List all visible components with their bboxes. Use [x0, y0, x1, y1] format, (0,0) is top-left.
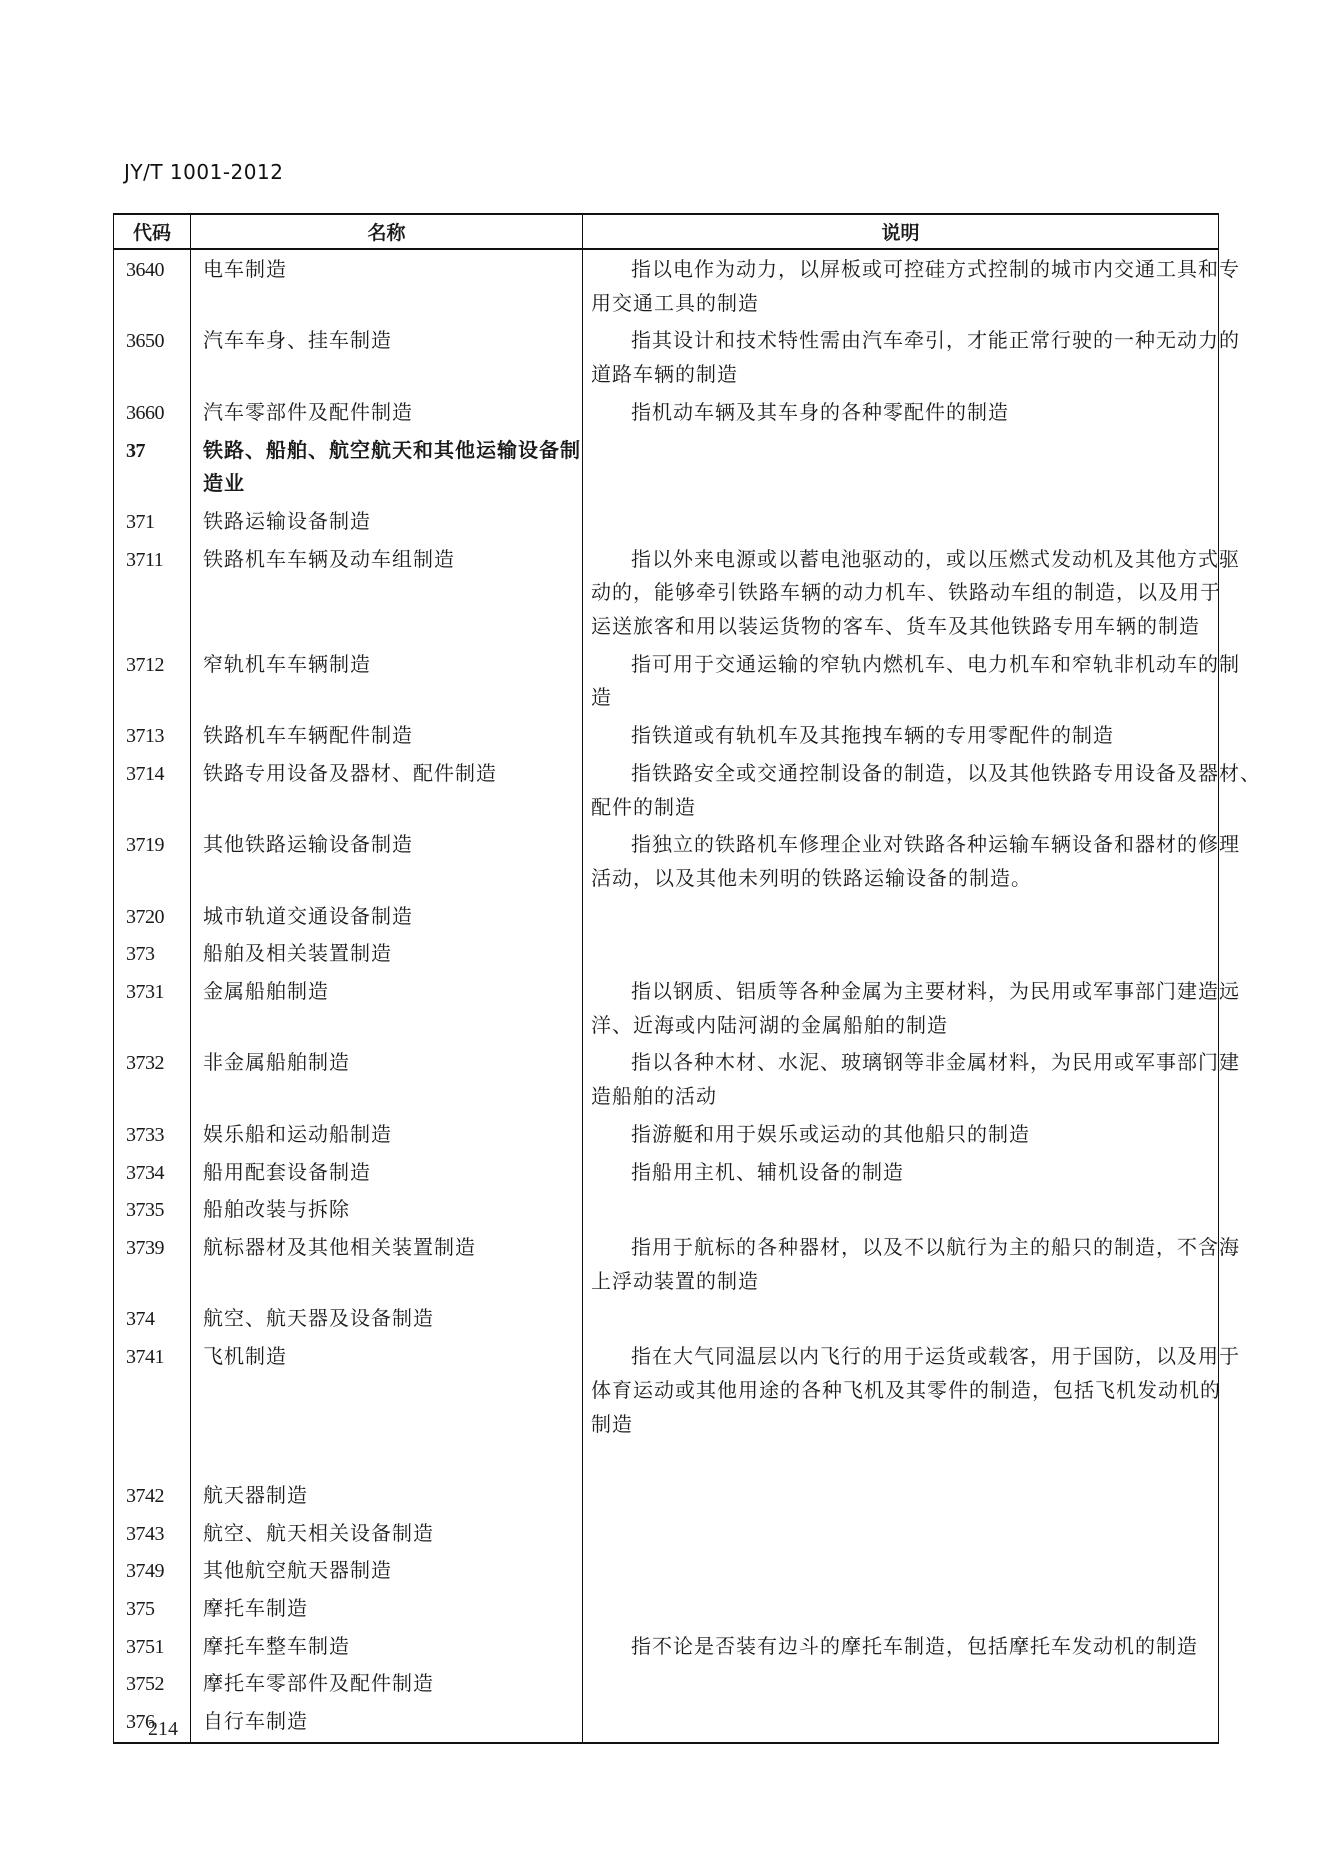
cell-name: 其他航空航天器制造: [191, 1551, 583, 1589]
cell-description: 指机动车辆及其车身的各种零配件的制造: [583, 393, 1219, 431]
spacer: [126, 611, 190, 645]
cell-description: [583, 1190, 1219, 1228]
description-text-line: 造船舶的活动: [591, 1081, 1212, 1115]
name-text-line: 造业: [203, 468, 582, 502]
cell-description: 指不论是否装有边斗的摩托车制造，包括摩托车发动机的制造: [583, 1627, 1219, 1665]
name-text-line: 铁路机车车辆配件制造: [203, 720, 582, 754]
description-text-line: [591, 1442, 1212, 1476]
spacer: [126, 1409, 190, 1443]
name-text-line: 摩托车整车制造: [203, 1631, 582, 1665]
cell-description: 指铁路安全或交通控制设备的制造，以及其他铁路专用设备及器材、配件的制造: [583, 754, 1219, 825]
code-text: 3713: [126, 720, 190, 754]
description-text-line: 运送旅客和用以装运货物的客车、货车及其他铁路专用车辆的制造: [591, 611, 1212, 645]
cell-name: 城市轨道交通设备制造: [191, 897, 583, 935]
description-text-line: 洋、近海或内陆河湖的金属船舶的制造: [591, 1010, 1212, 1044]
code-text: 3742: [126, 1480, 190, 1514]
cell-code: 371: [114, 502, 191, 540]
table-row: 375摩托车制造: [114, 1589, 1219, 1627]
code-text: 3720: [126, 901, 190, 935]
code-text: 3731: [126, 976, 190, 1010]
code-text: 3714: [126, 758, 190, 792]
table-row: 374航空、航天器及设备制造: [114, 1299, 1219, 1337]
cell-name: 铁路运输设备制造: [191, 502, 583, 540]
description-text-line: 指铁路安全或交通控制设备的制造，以及其他铁路专用设备及器材、: [591, 758, 1212, 792]
spacer: [126, 577, 190, 611]
code-text: 3743: [126, 1518, 190, 1552]
name-text-line: 金属船舶制造: [203, 976, 582, 1010]
cell-name: 铁路、船舶、航空航天和其他运输设备制造业: [191, 431, 583, 502]
cell-name: 铁路机车车辆配件制造: [191, 716, 583, 754]
description-text-line: 配件的制造: [591, 792, 1212, 826]
cell-name: 电车制造: [191, 249, 583, 321]
code-text: 3719: [126, 829, 190, 863]
table-row: 376自行车制造: [114, 1702, 1219, 1743]
cell-name: 航标器材及其他相关装置制造: [191, 1228, 583, 1299]
code-text: 3712: [126, 649, 190, 683]
description-text-line: 指以电作为动力，以屏板或可控硅方式控制的城市内交通工具和专: [591, 254, 1212, 288]
cell-code: 3714: [114, 754, 191, 825]
cell-description: [583, 431, 1219, 502]
cell-description: 指游艇和用于娱乐或运动的其他船只的制造: [583, 1115, 1219, 1153]
cell-name: 汽车车身、挂车制造: [191, 321, 583, 392]
spacer: [126, 1442, 190, 1476]
name-text-line: 电车制造: [203, 254, 582, 288]
code-text: 3749: [126, 1555, 190, 1589]
cell-description: [583, 502, 1219, 540]
table-row: 37 铁路、船舶、航空航天和其他运输设备制造业: [114, 431, 1219, 502]
cell-description: 指以外来电源或以蓄电池驱动的，或以压燃式发动机及其他方式驱动的，能够牵引铁路车辆…: [583, 540, 1219, 645]
code-text: 3741: [126, 1341, 190, 1375]
cell-name: 摩托车制造: [191, 1589, 583, 1627]
cell-code: 3719: [114, 825, 191, 896]
cell-description: 指船用主机、辅机设备的制造: [583, 1153, 1219, 1191]
cell-description: [583, 1702, 1219, 1743]
cell-code: 3733: [114, 1115, 191, 1153]
spacer: [126, 792, 190, 826]
name-text-line: 船用配套设备制造: [203, 1157, 582, 1191]
description-text-line: 指以钢质、铝质等各种金属为主要材料，为民用或军事部门建造远: [591, 976, 1212, 1010]
description-text-line: 动的，能够牵引铁路车辆的动力机车、铁路动车组的制造，以及用于: [591, 577, 1212, 611]
table-row: 3734船用配套设备制造指船用主机、辅机设备的制造: [114, 1153, 1219, 1191]
description-text-line: 指机动车辆及其车身的各种零配件的制造: [591, 397, 1212, 431]
cell-description: 指铁道或有轨机车及其拖拽车辆的专用零配件的制造: [583, 716, 1219, 754]
table-row: 3720城市轨道交通设备制造: [114, 897, 1219, 935]
table-row: 3751摩托车整车制造指不论是否装有边斗的摩托车制造，包括摩托车发动机的制造: [114, 1627, 1219, 1665]
cell-description: [583, 1589, 1219, 1627]
cell-code: 374: [114, 1299, 191, 1337]
column-header-name: 名称: [191, 214, 583, 249]
cell-name: 铁路机车车辆及动车组制造: [191, 540, 583, 645]
table-row: 3712 窄轨机车车辆制造指可用于交通运输的窄轨内燃机车、电力机车和窄轨非机动车…: [114, 645, 1219, 716]
cell-name: 汽车零部件及配件制造: [191, 393, 583, 431]
description-text-line: 指船用主机、辅机设备的制造: [591, 1157, 1212, 1191]
cell-description: 指用于航标的各种器材，以及不以航行为主的船只的制造，不含海上浮动装置的制造: [583, 1228, 1219, 1299]
description-text-line: 指可用于交通运输的窄轨内燃机车、电力机车和窄轨非机动车的制: [591, 649, 1212, 683]
cell-code: 3734: [114, 1153, 191, 1191]
cell-code: 373: [114, 934, 191, 972]
name-text-line: 铁路运输设备制造: [203, 506, 582, 540]
cell-code: 3752: [114, 1664, 191, 1702]
cell-description: [583, 897, 1219, 935]
spacer: [126, 288, 190, 322]
cell-name: 航空、航天器及设备制造: [191, 1299, 583, 1337]
description-text-line: 造: [591, 682, 1212, 716]
cell-code: 3720: [114, 897, 191, 935]
cell-description: [583, 1551, 1219, 1589]
name-text-line: 其他铁路运输设备制造: [203, 829, 582, 863]
table-row: 3640 电车制造指以电作为动力，以屏板或可控硅方式控制的城市内交通工具和专用交…: [114, 249, 1219, 321]
cell-name: 娱乐船和运动船制造: [191, 1115, 583, 1153]
table-row: 3731 金属船舶制造指以钢质、铝质等各种金属为主要材料，为民用或军事部门建造远…: [114, 972, 1219, 1043]
cell-code: 3713: [114, 716, 191, 754]
column-header-description: 说明: [583, 214, 1219, 249]
spacer: [126, 468, 190, 502]
cell-description: 指独立的铁路机车修理企业对铁路各种运输车辆设备和器材的修理活动，以及其他未列明的…: [583, 825, 1219, 896]
code-text: 3739: [126, 1232, 190, 1266]
code-text: 37: [126, 435, 190, 469]
description-text-line: 指以各种木材、水泥、玻璃钢等非金属材料，为民用或军事部门建: [591, 1047, 1212, 1081]
cell-name: 航空、航天相关设备制造: [191, 1514, 583, 1552]
table-row: 3752摩托车零部件及配件制造: [114, 1664, 1219, 1702]
code-text: 3711: [126, 544, 190, 578]
cell-description: [583, 934, 1219, 972]
table-row: 3749其他航空航天器制造: [114, 1551, 1219, 1589]
column-header-code: 代码: [114, 214, 191, 249]
cell-code: 3650: [114, 321, 191, 392]
name-text-line: 汽车车身、挂车制造: [203, 325, 582, 359]
name-text-line: 铁路专用设备及器材、配件制造: [203, 758, 582, 792]
cell-code: 3749: [114, 1551, 191, 1589]
name-text-line: 航空、航天相关设备制造: [203, 1518, 582, 1552]
table-header-row: 代码 名称 说明: [114, 214, 1219, 249]
cell-code: 3731: [114, 972, 191, 1043]
spacer: [126, 863, 190, 897]
description-text-line: 指在大气同温层以内飞行的用于运货或载客，用于国防，以及用于: [591, 1341, 1212, 1375]
table-row: 3733娱乐船和运动船制造指游艇和用于娱乐或运动的其他船只的制造: [114, 1115, 1219, 1153]
code-text: 3640: [126, 254, 190, 288]
table-row: 3650 汽车车身、挂车制造指其设计和技术特性需由汽车牵引，才能正常行驶的一种无…: [114, 321, 1219, 392]
description-text-line: 指不论是否装有边斗的摩托车制造，包括摩托车发动机的制造: [591, 1631, 1212, 1665]
name-text-line: 船舶改装与拆除: [203, 1194, 582, 1228]
description-text-line: 指独立的铁路机车修理企业对铁路各种运输车辆设备和器材的修理: [591, 829, 1212, 863]
description-text-line: 活动，以及其他未列明的铁路运输设备的制造。: [591, 863, 1212, 897]
code-text: 371: [126, 506, 190, 540]
cell-code: 3711: [114, 540, 191, 645]
code-text: 3732: [126, 1047, 190, 1081]
name-text-line: 摩托车制造: [203, 1593, 582, 1627]
description-text-line: 指以外来电源或以蓄电池驱动的，或以压燃式发动机及其他方式驱: [591, 544, 1212, 578]
cell-code: 3732: [114, 1043, 191, 1114]
cell-name: 船舶改装与拆除: [191, 1190, 583, 1228]
name-text-line: 飞机制造: [203, 1341, 582, 1375]
spacer: [126, 1375, 190, 1409]
cell-name: 窄轨机车车辆制造: [191, 645, 583, 716]
name-text-line: 航空、航天器及设备制造: [203, 1303, 582, 1337]
cell-name: 其他铁路运输设备制造: [191, 825, 583, 896]
name-text-line: 自行车制造: [203, 1706, 582, 1740]
cell-description: [583, 1664, 1219, 1702]
table-row: 3735船舶改装与拆除: [114, 1190, 1219, 1228]
cell-description: 指以电作为动力，以屏板或可控硅方式控制的城市内交通工具和专用交通工具的制造: [583, 249, 1219, 321]
cell-name: 摩托车零部件及配件制造: [191, 1664, 583, 1702]
table-row: 3741 飞机制造指在大气同温层以内飞行的用于运货或载客，用于国防，以及用于体育…: [114, 1337, 1219, 1476]
description-text-line: 体育运动或其他用途的各种飞机及其零件的制造，包括飞机发动机的: [591, 1375, 1212, 1409]
table-row: 3732 非金属船舶制造指以各种木材、水泥、玻璃钢等非金属材料，为民用或军事部门…: [114, 1043, 1219, 1114]
name-text-line: 铁路机车车辆及动车组制造: [203, 544, 582, 578]
code-text: 3735: [126, 1194, 190, 1228]
cell-name: 非金属船舶制造: [191, 1043, 583, 1114]
cell-description: 指可用于交通运输的窄轨内燃机车、电力机车和窄轨非机动车的制造: [583, 645, 1219, 716]
table-row: 371铁路运输设备制造: [114, 502, 1219, 540]
table-row: 3719 其他铁路运输设备制造指独立的铁路机车修理企业对铁路各种运输车辆设备和器…: [114, 825, 1219, 896]
spacer: [126, 1010, 190, 1044]
code-text: 3734: [126, 1157, 190, 1191]
name-text-line: 航标器材及其他相关装置制造: [203, 1232, 582, 1266]
description-text-line: 指游艇和用于娱乐或运动的其他船只的制造: [591, 1119, 1212, 1153]
cell-code: 3751: [114, 1627, 191, 1665]
table-row: 373船舶及相关装置制造: [114, 934, 1219, 972]
cell-description: 指在大气同温层以内飞行的用于运货或载客，用于国防，以及用于体育运动或其他用途的各…: [583, 1337, 1219, 1476]
cell-code: 375: [114, 1589, 191, 1627]
cell-description: 指以钢质、铝质等各种金属为主要材料，为民用或军事部门建造远洋、近海或内陆河湖的金…: [583, 972, 1219, 1043]
cell-description: 指以各种木材、水泥、玻璃钢等非金属材料，为民用或军事部门建造船舶的活动: [583, 1043, 1219, 1114]
name-text-line: 汽车零部件及配件制造: [203, 397, 582, 431]
cell-name: 金属船舶制造: [191, 972, 583, 1043]
description-text-line: 道路车辆的制造: [591, 359, 1212, 393]
cell-name: 自行车制造: [191, 1702, 583, 1743]
spacer: [126, 1081, 190, 1115]
table-row: 3742航天器制造: [114, 1476, 1219, 1514]
cell-name: 铁路专用设备及器材、配件制造: [191, 754, 583, 825]
cell-name: 船用配套设备制造: [191, 1153, 583, 1191]
name-text-line: 窄轨机车车辆制造: [203, 649, 582, 683]
cell-name: 摩托车整车制造: [191, 1627, 583, 1665]
table-row: 3711 铁路机车车辆及动车组制造指以外来电源或以蓄电池驱动的，或以压燃式发动机…: [114, 540, 1219, 645]
cell-name: 船舶及相关装置制造: [191, 934, 583, 972]
cell-description: [583, 1514, 1219, 1552]
cell-code: 3741: [114, 1337, 191, 1476]
cell-code: 3712: [114, 645, 191, 716]
cell-code: 3739: [114, 1228, 191, 1299]
cell-name: 飞机制造: [191, 1337, 583, 1476]
code-text: 3752: [126, 1668, 190, 1702]
cell-code: 3735: [114, 1190, 191, 1228]
page-number: 214: [148, 1718, 178, 1741]
description-text-line: 用交通工具的制造: [591, 288, 1212, 322]
code-text: 3751: [126, 1631, 190, 1665]
cell-code: 37: [114, 431, 191, 502]
code-text: 374: [126, 1303, 190, 1337]
table-row: 3660汽车零部件及配件制造指机动车辆及其车身的各种零配件的制造: [114, 393, 1219, 431]
name-text-line: 其他航空航天器制造: [203, 1555, 582, 1589]
name-text-line: 非金属船舶制造: [203, 1047, 582, 1081]
table-row: 3739 航标器材及其他相关装置制造指用于航标的各种器材，以及不以航行为主的船只…: [114, 1228, 1219, 1299]
name-text-line: 城市轨道交通设备制造: [203, 901, 582, 935]
table-row: 3743航空、航天相关设备制造: [114, 1514, 1219, 1552]
cell-description: [583, 1476, 1219, 1514]
code-text: 373: [126, 938, 190, 972]
cell-code: 3743: [114, 1514, 191, 1552]
spacer: [126, 359, 190, 393]
table-row: 3714 铁路专用设备及器材、配件制造指铁路安全或交通控制设备的制造，以及其他铁…: [114, 754, 1219, 825]
description-text-line: 指用于航标的各种器材，以及不以航行为主的船只的制造，不含海: [591, 1232, 1212, 1266]
table-body: 3640 电车制造指以电作为动力，以屏板或可控硅方式控制的城市内交通工具和专用交…: [114, 249, 1219, 1743]
name-text-line: 摩托车零部件及配件制造: [203, 1668, 582, 1702]
code-text: 3650: [126, 325, 190, 359]
cell-code: 3742: [114, 1476, 191, 1514]
description-text-line: 上浮动装置的制造: [591, 1266, 1212, 1300]
name-text-line: 铁路、船舶、航空航天和其他运输设备制: [203, 435, 582, 469]
spacer: [126, 1266, 190, 1300]
cell-description: 指其设计和技术特性需由汽车牵引，才能正常行驶的一种无动力的道路车辆的制造: [583, 321, 1219, 392]
cell-code: 3660: [114, 393, 191, 431]
cell-code: 3640: [114, 249, 191, 321]
name-text-line: 船舶及相关装置制造: [203, 938, 582, 972]
description-text-line: 指铁道或有轨机车及其拖拽车辆的专用零配件的制造: [591, 720, 1212, 754]
cell-name: 航天器制造: [191, 1476, 583, 1514]
name-text-line: 娱乐船和运动船制造: [203, 1119, 582, 1153]
industry-classification-table: 代码 名称 说明 3640 电车制造指以电作为动力，以屏板或可控硅方式控制的城市…: [113, 213, 1219, 1744]
document-code-header: JY/T 1001-2012: [124, 160, 283, 184]
cell-description: [583, 1299, 1219, 1337]
description-text-line: 指其设计和技术特性需由汽车牵引，才能正常行驶的一种无动力的: [591, 325, 1212, 359]
code-text: 3660: [126, 397, 190, 431]
description-text-line: 制造: [591, 1409, 1212, 1443]
table-row: 3713铁路机车车辆配件制造指铁道或有轨机车及其拖拽车辆的专用零配件的制造: [114, 716, 1219, 754]
code-text: 375: [126, 1593, 190, 1627]
code-text: 3733: [126, 1119, 190, 1153]
spacer: [126, 682, 190, 716]
name-text-line: 航天器制造: [203, 1480, 582, 1514]
